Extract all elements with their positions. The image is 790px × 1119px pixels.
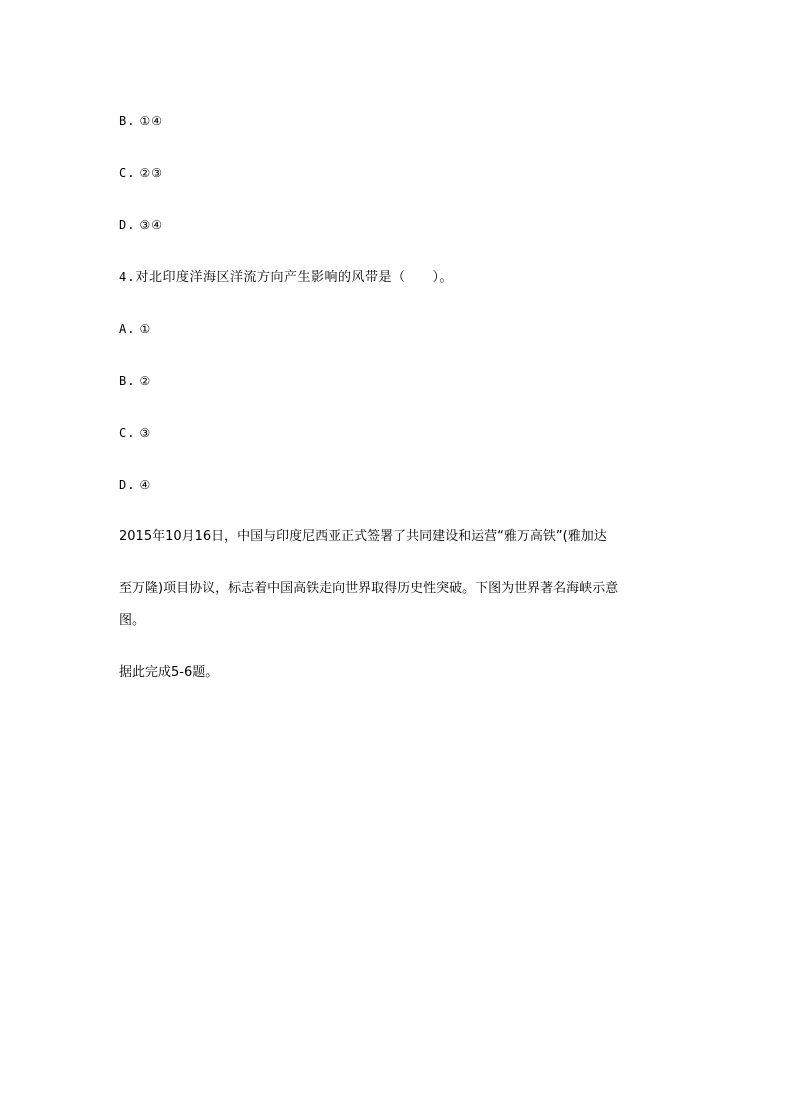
question-text: 对北印度洋海区洋流方向产生影响的风带是（ ）。 <box>135 270 453 285</box>
option-letter: D. <box>119 478 135 492</box>
option-value: ②③ <box>139 166 163 180</box>
question-4-stem: 4.对北印度洋海区洋流方向产生影响的风带是（ ）。 <box>119 269 453 286</box>
question-4-option-c: C.③ <box>119 425 151 441</box>
option-value: ③ <box>139 426 151 440</box>
option-letter: C. <box>119 166 135 180</box>
question-3-option-d: D.③④ <box>119 217 163 233</box>
question-3-option-b: B.①④ <box>119 113 163 129</box>
question-3-option-c: C.②③ <box>119 165 163 181</box>
option-value: ③④ <box>139 218 163 232</box>
option-letter: A. <box>119 322 135 336</box>
passage-line-1: 2015年10月16日，中国与印度尼西亚正式签署了共同建设和运营“雅万高铁”(雅… <box>119 529 607 545</box>
passage-line-2: 至万隆)项目协议，标志着中国高铁走向世界取得历史性突破。下图为世界著名海峡示意 <box>119 581 618 597</box>
option-letter: B. <box>119 374 135 388</box>
question-4-option-b: B.② <box>119 373 151 389</box>
option-value: ② <box>139 374 151 388</box>
option-letter: D. <box>119 218 135 232</box>
option-letter: B. <box>119 114 135 128</box>
option-value: ①④ <box>139 114 163 128</box>
option-value: ① <box>139 322 151 336</box>
option-letter: C. <box>119 426 135 440</box>
instruction-text: 据此完成5-6题。 <box>119 665 218 681</box>
question-4-option-a: A.① <box>119 321 151 337</box>
question-number: 4. <box>119 270 135 284</box>
option-value: ④ <box>139 478 151 492</box>
question-4-option-d: D.④ <box>119 477 151 493</box>
passage-line-3: 图。 <box>119 613 145 629</box>
